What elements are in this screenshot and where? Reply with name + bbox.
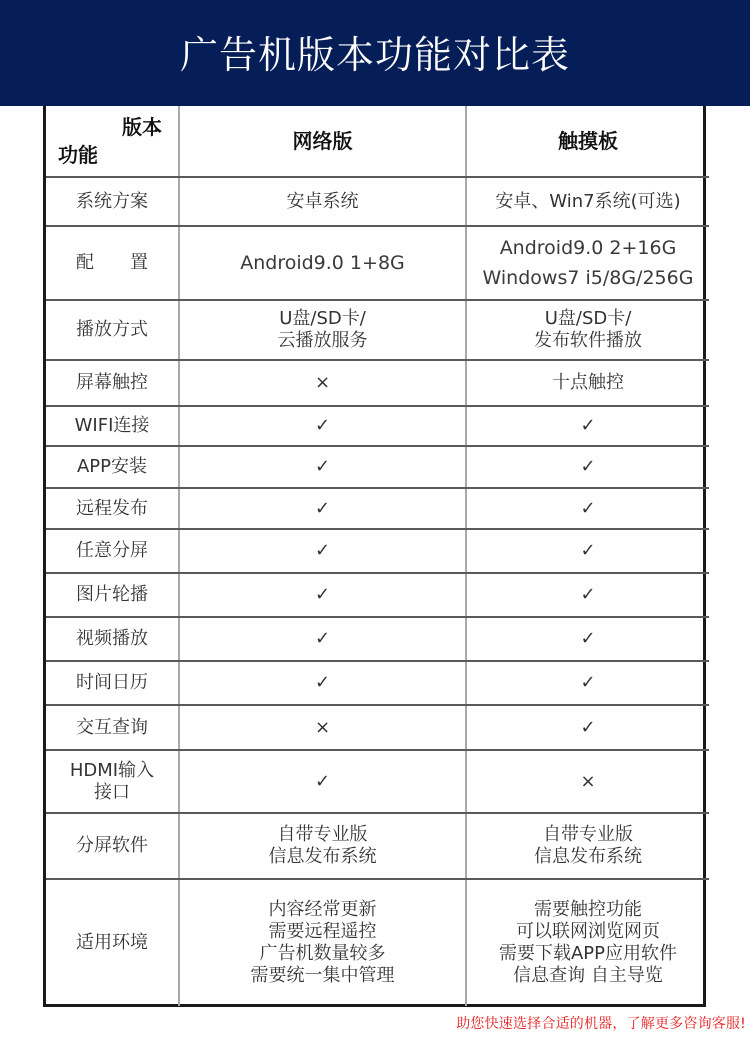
table-row: 视频播放✓✓ <box>46 617 709 661</box>
touch-version-cell: ✓ <box>466 446 709 488</box>
table-row: 远程发布✓✓ <box>46 488 709 529</box>
table-row: 适用环境内容经常更新 需要远程遥控 广告机数量较多 需要统一集中管理需要触控功能… <box>46 879 709 1006</box>
table-row: APP安装✓✓ <box>46 446 709 488</box>
network-version-cell: 自带专业版 信息发布系统 <box>179 813 466 879</box>
touch-version-cell: 需要触控功能 可以联网浏览网页 需要下载APP应用软件 信息查询 自主导览 <box>466 879 709 1006</box>
version-comparison-table: 版本 功能 网络版 触摸板 系统方案安卓系统安卓、Win7系统(可选)配 置An… <box>46 106 709 1006</box>
touch-version-cell: 十点触控 <box>466 360 709 406</box>
feature-cell: 交互查询 <box>46 705 179 750</box>
network-version-cell: U盘/SD卡/ 云播放服务 <box>179 300 466 360</box>
touch-version-cell: ✓ <box>466 529 709 573</box>
column-header-network: 网络版 <box>179 106 466 177</box>
feature-cell: APP安装 <box>46 446 179 488</box>
network-version-cell: 内容经常更新 需要远程遥控 广告机数量较多 需要统一集中管理 <box>179 879 466 1006</box>
table-row: HDMI输入 接口✓× <box>46 750 709 813</box>
feature-cell: 播放方式 <box>46 300 179 360</box>
network-version-cell: ✓ <box>179 573 466 617</box>
table-row: 分屏软件自带专业版 信息发布系统自带专业版 信息发布系统 <box>46 813 709 879</box>
table-row: 任意分屏✓✓ <box>46 529 709 573</box>
touch-version-cell: ✓ <box>466 573 709 617</box>
corner-header-cell: 版本 功能 <box>46 106 179 177</box>
table-row: 交互查询×✓ <box>46 705 709 750</box>
feature-cell: 配 置 <box>46 226 179 300</box>
feature-cell: 屏幕触控 <box>46 360 179 406</box>
feature-cell: WIFI连接 <box>46 406 179 446</box>
feature-cell: 分屏软件 <box>46 813 179 879</box>
version-axis-label: 版本 <box>122 116 162 138</box>
network-version-cell: ✓ <box>179 446 466 488</box>
touch-version-cell: Android9.0 2+16G Windows7 i5/8G/256G <box>466 226 709 300</box>
table-row: 图片轮播✓✓ <box>46 573 709 617</box>
table-row: 播放方式U盘/SD卡/ 云播放服务U盘/SD卡/ 发布软件播放 <box>46 300 709 360</box>
network-version-cell: ✓ <box>179 661 466 705</box>
column-header-touch: 触摸板 <box>466 106 709 177</box>
feature-axis-label: 功能 <box>58 144 98 166</box>
touch-version-cell: ✓ <box>466 617 709 661</box>
network-version-cell: Android9.0 1+8G <box>179 226 466 300</box>
touch-version-cell: ✓ <box>466 488 709 529</box>
network-version-cell: ✓ <box>179 488 466 529</box>
feature-cell: 时间日历 <box>46 661 179 705</box>
table-row: 系统方案安卓系统安卓、Win7系统(可选) <box>46 177 709 226</box>
table-row: 配 置Android9.0 1+8GAndroid9.0 2+16G Windo… <box>46 226 709 300</box>
touch-version-cell: ✓ <box>466 705 709 750</box>
page-title: 广告机版本功能对比表 <box>180 24 570 79</box>
network-version-cell: 安卓系统 <box>179 177 466 226</box>
table-row: WIFI连接✓✓ <box>46 406 709 446</box>
network-version-cell: ✓ <box>179 406 466 446</box>
feature-cell: HDMI输入 接口 <box>46 750 179 813</box>
touch-version-cell: ✓ <box>466 661 709 705</box>
table-row: 时间日历✓✓ <box>46 661 709 705</box>
feature-cell: 系统方案 <box>46 177 179 226</box>
network-version-cell: ✓ <box>179 529 466 573</box>
touch-version-cell: × <box>466 750 709 813</box>
touch-version-cell: 自带专业版 信息发布系统 <box>466 813 709 879</box>
feature-cell: 任意分屏 <box>46 529 179 573</box>
network-version-cell: × <box>179 705 466 750</box>
touch-version-cell: ✓ <box>466 406 709 446</box>
touch-version-cell: U盘/SD卡/ 发布软件播放 <box>466 300 709 360</box>
feature-cell: 图片轮播 <box>46 573 179 617</box>
feature-cell: 适用环境 <box>46 879 179 1006</box>
network-version-cell: ✓ <box>179 750 466 813</box>
network-version-cell: ✓ <box>179 617 466 661</box>
footer-note: 助您快速选择合适的机器，了解更多咨询客服! <box>456 1013 746 1033</box>
network-version-cell: × <box>179 360 466 406</box>
comparison-table: 版本 功能 网络版 触摸板 系统方案安卓系统安卓、Win7系统(可选)配 置An… <box>43 106 706 1007</box>
table-header-row: 版本 功能 网络版 触摸板 <box>46 106 709 177</box>
table-row: 屏幕触控×十点触控 <box>46 360 709 406</box>
header-bar: 广告机版本功能对比表 <box>0 0 750 106</box>
feature-cell: 远程发布 <box>46 488 179 529</box>
touch-version-cell: 安卓、Win7系统(可选) <box>466 177 709 226</box>
feature-cell: 视频播放 <box>46 617 179 661</box>
